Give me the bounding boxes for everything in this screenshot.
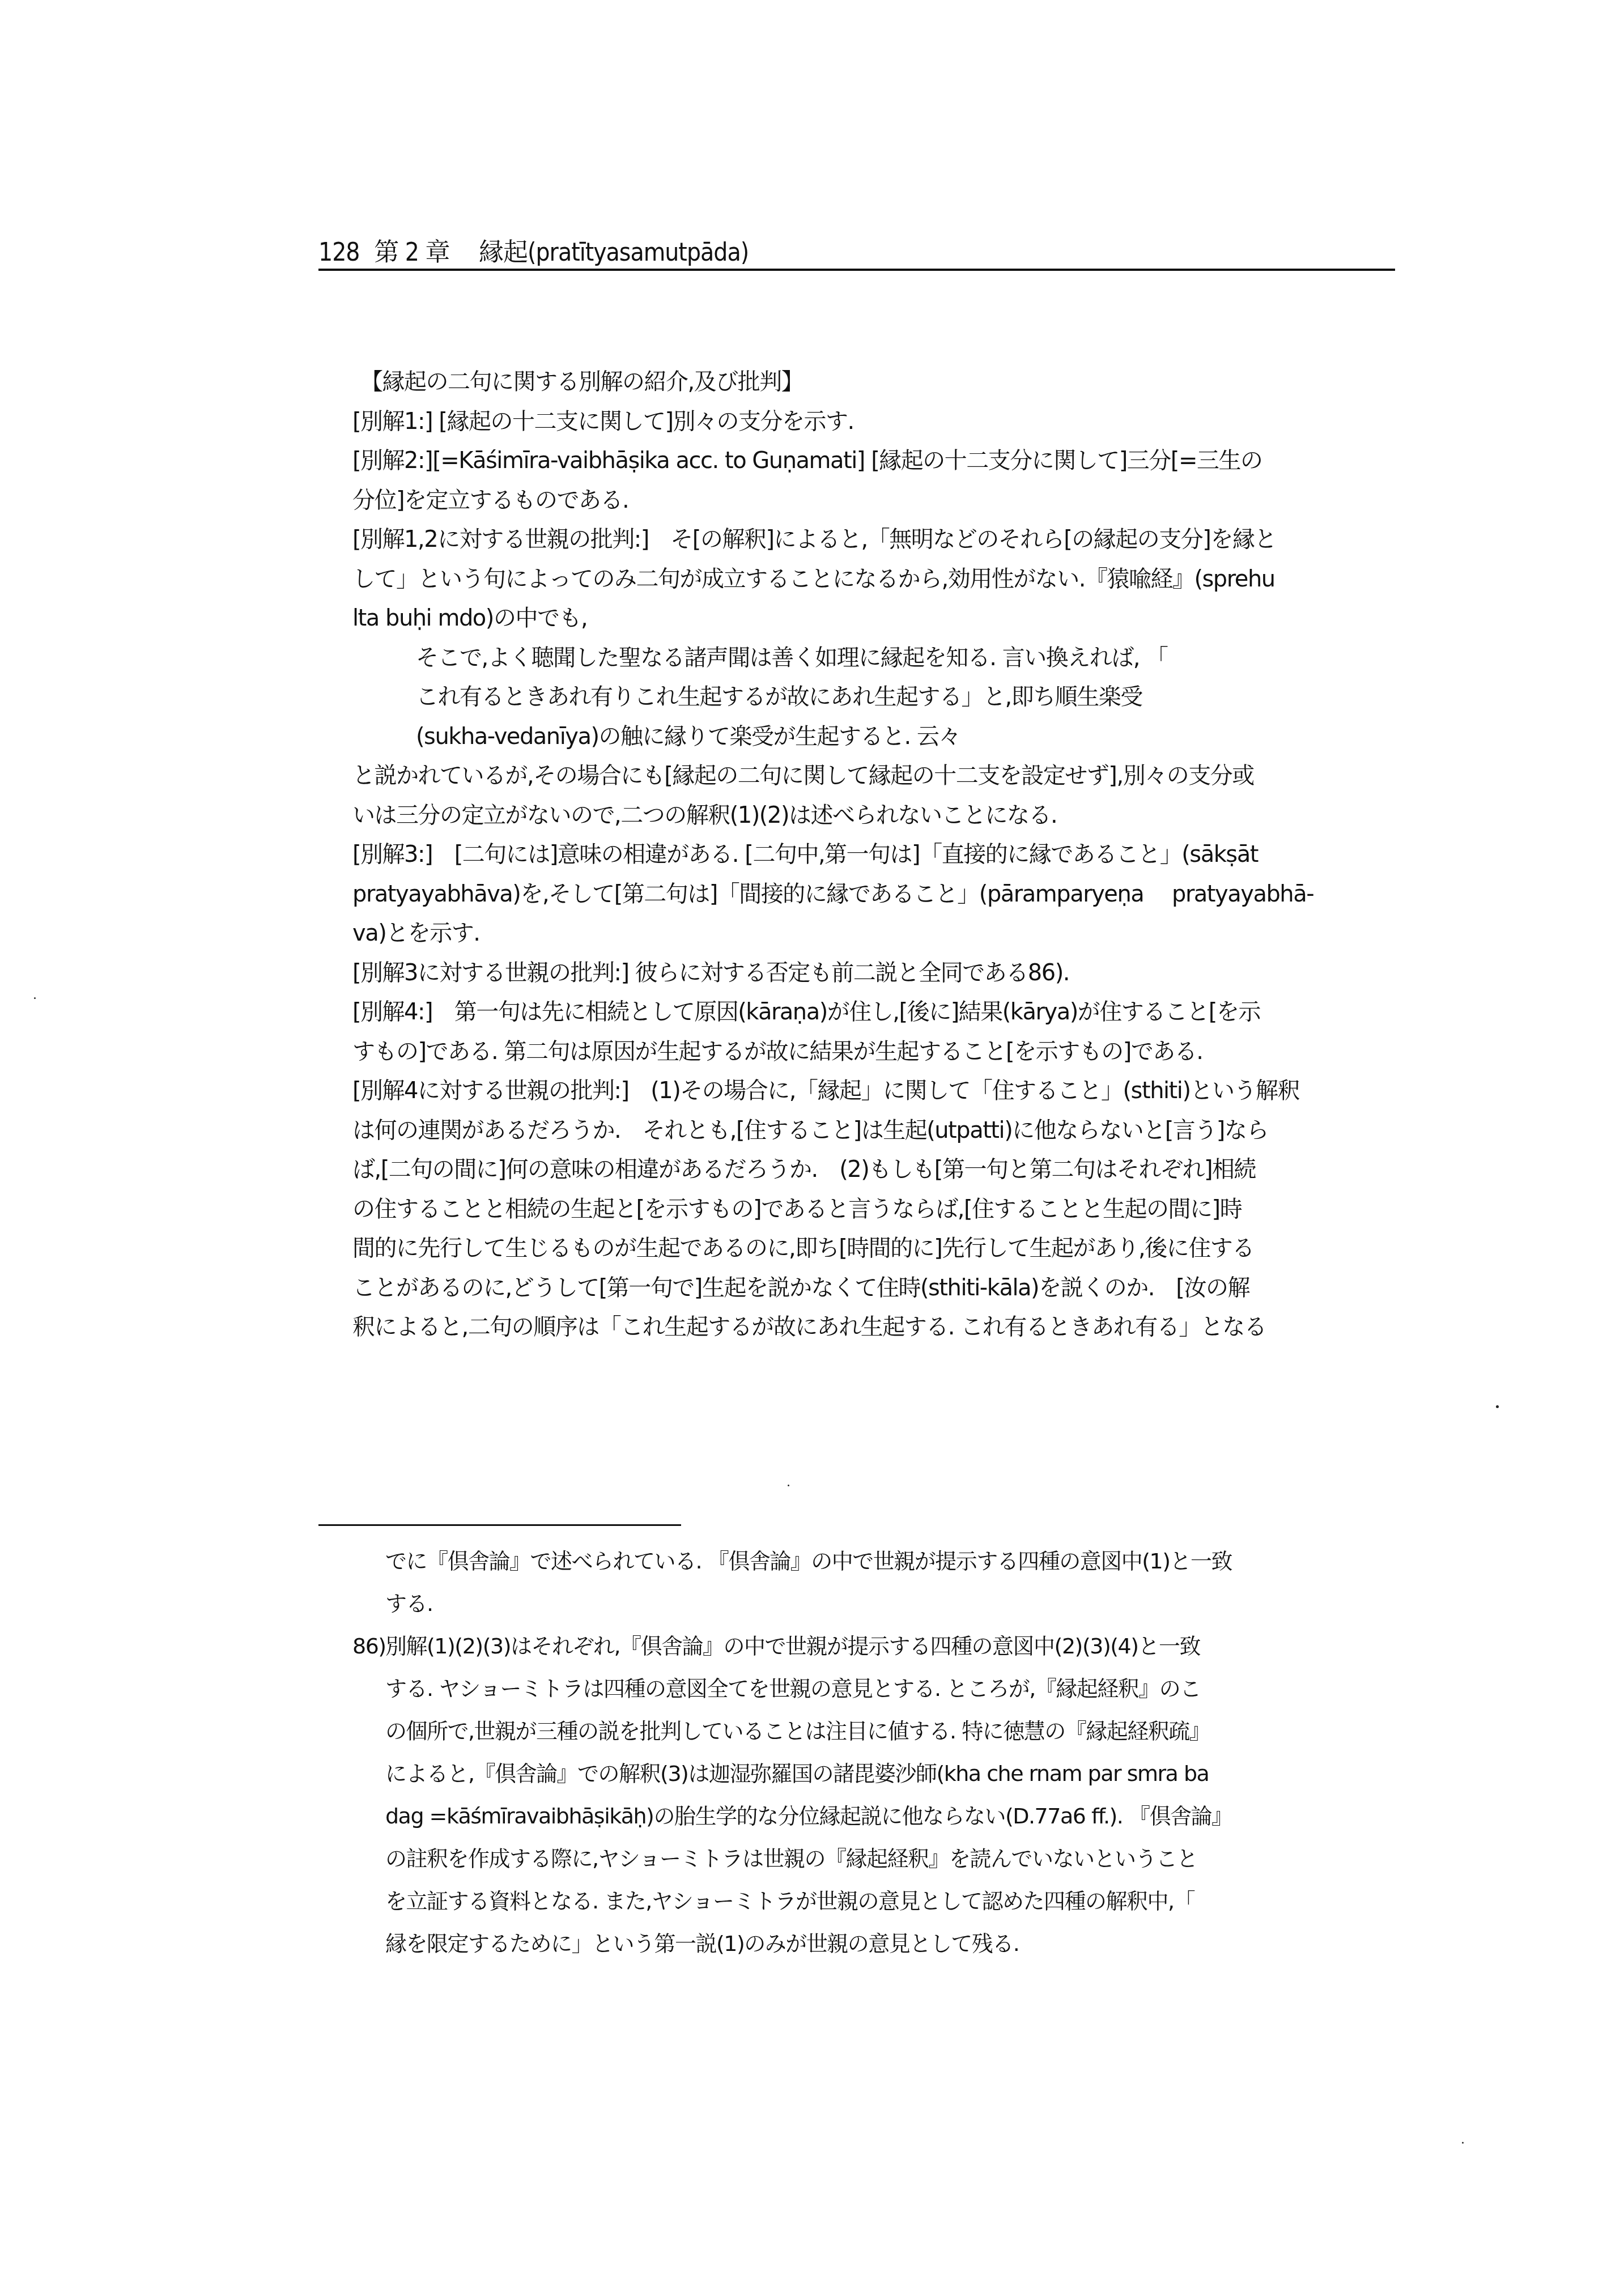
running-head: 128 第 2 章 縁起(pratītyasamutpāda) <box>318 237 1395 271</box>
footnote-line: によると,『倶舎論』での解釈(3)は迦湿弥羅国の諸毘婆沙師(kha che rn… <box>352 1753 1327 1795</box>
section-heading: 【縁起の二句に関する別解の紹介,及び批判】 <box>352 363 1350 402</box>
footnote-line: の註釈を作成する際に,ヤショーミトラは世親の『縁起経釈』を読んでいないということ <box>352 1838 1327 1880</box>
footnotes: でに『倶舎論』で述べられている. 『倶舎論』の中で世親が提示する四種の意図中(1… <box>352 1540 1327 1965</box>
page-number: 128 <box>318 238 360 267</box>
text-line: [別解3に対する世親の批判:] 彼らに対する否定も前二説と全同である86). <box>352 954 1350 993</box>
text-line: して」という句によってのみ二句が成立することになるから,効用性がない.『猿喩経』… <box>352 560 1350 599</box>
text-line: ば,[二句の間に]何の意味の相違があるだろうか. (2)もしも[第一句と第二句は… <box>352 1150 1350 1190</box>
text-line: [別解4に対する世親の批判:] (1)その場合に,「縁起」に関して「住すること」… <box>352 1072 1350 1111</box>
text-line: 分位]を定立するものである. <box>352 481 1350 521</box>
text-line: 間的に先行して生じるものが生起であるのに,即ち[時間的に]先行して生起があり,後… <box>352 1229 1350 1269</box>
scan-speck <box>788 1485 789 1486</box>
text-line: [別解3:] [二句には]意味の相違がある. [二句中,第一句は]「直接的に縁で… <box>352 835 1350 875</box>
footnote-line: dag =kāśmīravaibhāṣikāḥ)の胎生学的な分位縁起説に他ならな… <box>352 1795 1327 1838</box>
chapter-title: 縁起(pratītyasamutpāda) <box>479 238 749 267</box>
chapter-label: 第 2 章 <box>374 238 449 267</box>
text-line: [別解4:] 第一句は先に相続として原因(kāraṇa)が住し,[後に]結果(k… <box>352 993 1350 1032</box>
footnote-line: の個所で,世親が三種の説を批判していることは注目に値する. 特に徳慧の『縁起経釈… <box>352 1710 1327 1753</box>
text-line: と説かれているが,その場合にも[縁起の二句に関して縁起の十二支を設定せず],別々… <box>352 756 1350 796</box>
text-line: の住することと相続の生起と[を示すもの]であると言うならば,[住することと生起の… <box>352 1190 1350 1230</box>
block-quote-line: これ有るときあれ有りこれ生起するが故にあれ生起する」と,即ち順生楽受 <box>352 678 1350 717</box>
footnote-continuation-line: する. <box>352 1583 1327 1625</box>
text-line: は何の連関があるだろうか. それとも,[住すること]は生起(utpatti)に他… <box>352 1111 1350 1151</box>
text-line: [別解1:] [縁起の十二支に関して]別々の支分を示す. <box>352 402 1350 442</box>
text-line: いは三分の定立がないので,二つの解釈(1)(2)は述べられないことになる. <box>352 796 1350 836</box>
main-text: 【縁起の二句に関する別解の紹介,及び批判】 [別解1:] [縁起の十二支に関して… <box>352 363 1350 1347</box>
footnote-line: を立証する資料となる. また,ヤショーミトラが世親の意見として認めた四種の解釈中… <box>352 1880 1327 1923</box>
text-line: [別解1,2に対する世親の批判:] そ[の解釈]によると,「無明などのそれら[の… <box>352 520 1350 560</box>
scan-speck <box>34 997 36 999</box>
text-line: pratyayabhāva)を,そして[第二句は]「間接的に縁であること」(pā… <box>352 875 1350 915</box>
footnote-line: する. ヤショーミトラは四種の意図全てを世親の意見とする. ところが,『縁起経釈… <box>352 1668 1327 1710</box>
scan-speck <box>1462 2142 1464 2144</box>
book-page: 128 第 2 章 縁起(pratītyasamutpāda) 【縁起の二句に関… <box>0 0 1624 2296</box>
footnote-86-first-line: 86)別解(1)(2)(3)はそれぞれ,『倶舎論』の中で世親が提示する四種の意図… <box>352 1625 1327 1668</box>
footnote-text: 別解(1)(2)(3)はそれぞれ,『倶舎論』の中で世親が提示する四種の意図中(2… <box>385 1634 1200 1659</box>
text-line: va)とを示す. <box>352 914 1350 954</box>
block-quote-line: (sukha-vedanīya)の触に縁りて楽受が生起すると. 云々 <box>352 717 1350 757</box>
text-line: すもの]である. 第二句は原因が生起するが故に結果が生起すること[を示すもの]で… <box>352 1032 1350 1072</box>
text-line: [別解2:][=Kāśimīra-vaibhāṣika acc. to Guṇa… <box>352 441 1350 481</box>
block-quote-line: そこで,よく聴聞した聖なる諸声聞は善く如理に縁起を知る. 言い換えれば, 「 <box>352 639 1350 678</box>
text-line: ことがあるのに,どうして[第一句で]生起を説かなくて住時(sthiti-kāla… <box>352 1269 1350 1308</box>
footnote-rule <box>318 1524 681 1526</box>
scan-speck <box>1496 1405 1499 1408</box>
footnote-number: 86) <box>352 1625 385 1668</box>
header-rule <box>318 269 1395 271</box>
text-line: 釈によると,二句の順序は「これ生起するが故にあれ生起する. これ有るときあれ有る… <box>352 1308 1350 1347</box>
text-line: lta buḥi mdo)の中でも, <box>352 599 1350 639</box>
footnote-line: 縁を限定するために」という第一説(1)のみが世親の意見として残る. <box>352 1923 1327 1965</box>
footnote-continuation-line: でに『倶舎論』で述べられている. 『倶舎論』の中で世親が提示する四種の意図中(1… <box>352 1540 1327 1583</box>
